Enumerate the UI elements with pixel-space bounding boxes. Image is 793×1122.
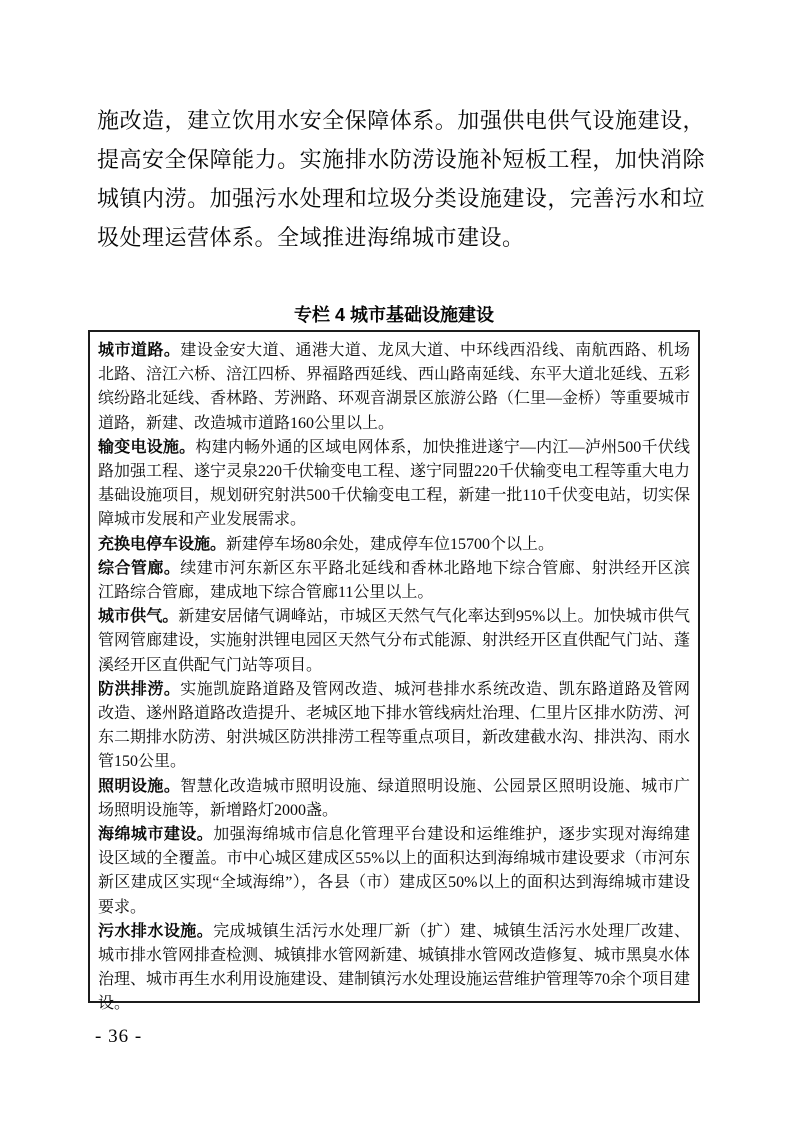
section-city-gas: 城市供气。新建安居储气调峰站，市城区天然气气化率达到95%以上。加快城市供气管网…: [98, 605, 690, 678]
section-city-gas-label: 城市供气。: [98, 608, 178, 625]
section-utility-tunnel-label: 综合管廊。: [98, 560, 180, 577]
document-page: 施改造，建立饮用水安全保障体系。加强供电供气设施建设，提高安全保障能力。实施排水…: [0, 0, 793, 1122]
section-urban-roads-label: 城市道路。: [98, 342, 180, 359]
section-sewage-drainage-label: 污水排水设施。: [98, 923, 213, 940]
section-utility-tunnel-text: 续建市河东新区东平路北延线和香林北路地下综合管廊、射洪经开区滨江路综合管廊，建成…: [98, 560, 690, 601]
section-charging-parking-text: 新建停车场80余处，建成停车位15700个以上。: [226, 536, 554, 553]
section-lighting-label: 照明设施。: [98, 778, 180, 795]
panel-title: 专栏 4 城市基础设施建设: [88, 301, 700, 327]
section-flood-control-text: 实施凯旋路道路及管网改造、城河巷排水系统改造、凯东路道路及管网改造、遂州路道路改…: [98, 681, 690, 771]
section-urban-roads: 城市道路。建设金安大道、通港大道、龙凤大道、中环线西沿线、南航西路、机场北路、涪…: [98, 339, 690, 436]
section-power-transmission-label: 输变电设施。: [98, 439, 195, 456]
section-urban-roads-text: 建设金安大道、通港大道、龙凤大道、中环线西沿线、南航西路、机场北路、涪江六桥、涪…: [98, 342, 690, 432]
section-city-gas-text: 新建安居储气调峰站，市城区天然气气化率达到95%以上。加快城市供气管网管廊建设，…: [98, 608, 690, 673]
section-charging-parking-label: 充换电停车设施。: [98, 536, 226, 553]
section-flood-control-label: 防洪排涝。: [98, 681, 180, 698]
infrastructure-panel: 城市道路。建设金安大道、通港大道、龙凤大道、中环线西沿线、南航西路、机场北路、涪…: [88, 330, 700, 1003]
section-lighting-text: 智慧化改造城市照明设施、绿道照明设施、公园景区照明设施、城市广场照明设施等，新增…: [98, 778, 690, 819]
section-sewage-drainage: 污水排水设施。完成城镇生活污水处理厂新（扩）建、城镇生活污水处理厂改建、城市排水…: [98, 920, 690, 1017]
section-sponge-city-label: 海绵城市建设。: [98, 826, 213, 843]
section-power-transmission: 输变电设施。构建内畅外通的区域电网体系，加快推进遂宁—内江—泸州500千伏线路加…: [98, 436, 690, 533]
section-utility-tunnel: 综合管廊。续建市河东新区东平路北延线和香林北路地下综合管廊、射洪经开区滨江路综合…: [98, 557, 690, 605]
intro-paragraph: 施改造，建立饮用水安全保障体系。加强供电供气设施建设，提高安全保障能力。实施排水…: [97, 101, 705, 257]
section-lighting: 照明设施。智慧化改造城市照明设施、绿道照明设施、公园景区照明设施、城市广场照明设…: [98, 775, 690, 823]
page-number: - 36 -: [95, 1026, 142, 1048]
section-flood-control: 防洪排涝。实施凯旋路道路及管网改造、城河巷排水系统改造、凯东路道路及管网改造、遂…: [98, 678, 690, 775]
section-sponge-city: 海绵城市建设。加强海绵城市信息化管理平台建设和运维维护，逐步实现对海绵建设区域的…: [98, 823, 690, 920]
section-charging-parking: 充换电停车设施。新建停车场80余处，建成停车位15700个以上。: [98, 533, 690, 557]
